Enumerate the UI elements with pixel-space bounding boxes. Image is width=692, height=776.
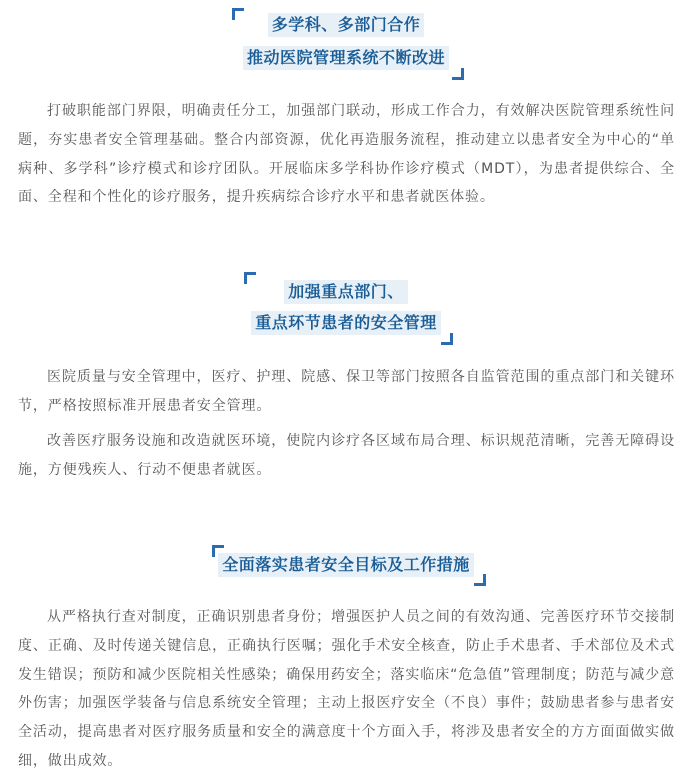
section-3-heading-line-1: 全面落实患者安全目标及工作措施: [218, 553, 474, 577]
section-2-paragraph-1: 医院质量与安全管理中，医疗、护理、院感、保卫等部门按照各自监管范围的重点部门和关…: [18, 363, 675, 421]
corner-bracket-bottom-right-icon: [441, 333, 453, 345]
section-2-heading-line-2: 重点环节患者的安全管理: [251, 311, 441, 335]
section-1-heading-line-1: 多学科、多部门合作: [268, 13, 425, 37]
section-2-paragraph-2: 改善医疗服务设施和改造就医环境，使院内诊疗各区域布局合理、标识规范清晰，完善无障…: [18, 427, 675, 485]
article-page: 多学科、多部门合作 推动医院管理系统不断改进 打破职能部门界限，明确责任分工，加…: [0, 0, 692, 776]
section-1-heading-line-2: 推动医院管理系统不断改进: [243, 46, 449, 70]
corner-bracket-bottom-right-icon: [452, 68, 464, 80]
corner-bracket-bottom-right-icon: [474, 574, 486, 586]
section-1-paragraph-1: 打破职能部门界限，明确责任分工，加强部门联动，形成工作合力，有效解决医院管理系统…: [18, 97, 675, 212]
section-2-heading-line-1: 加强重点部门、: [284, 280, 408, 304]
section-3-paragraph-1: 从严格执行查对制度，正确识别患者身份；增强医护人员之间的有效沟通、完善医疗环节交…: [18, 603, 675, 776]
